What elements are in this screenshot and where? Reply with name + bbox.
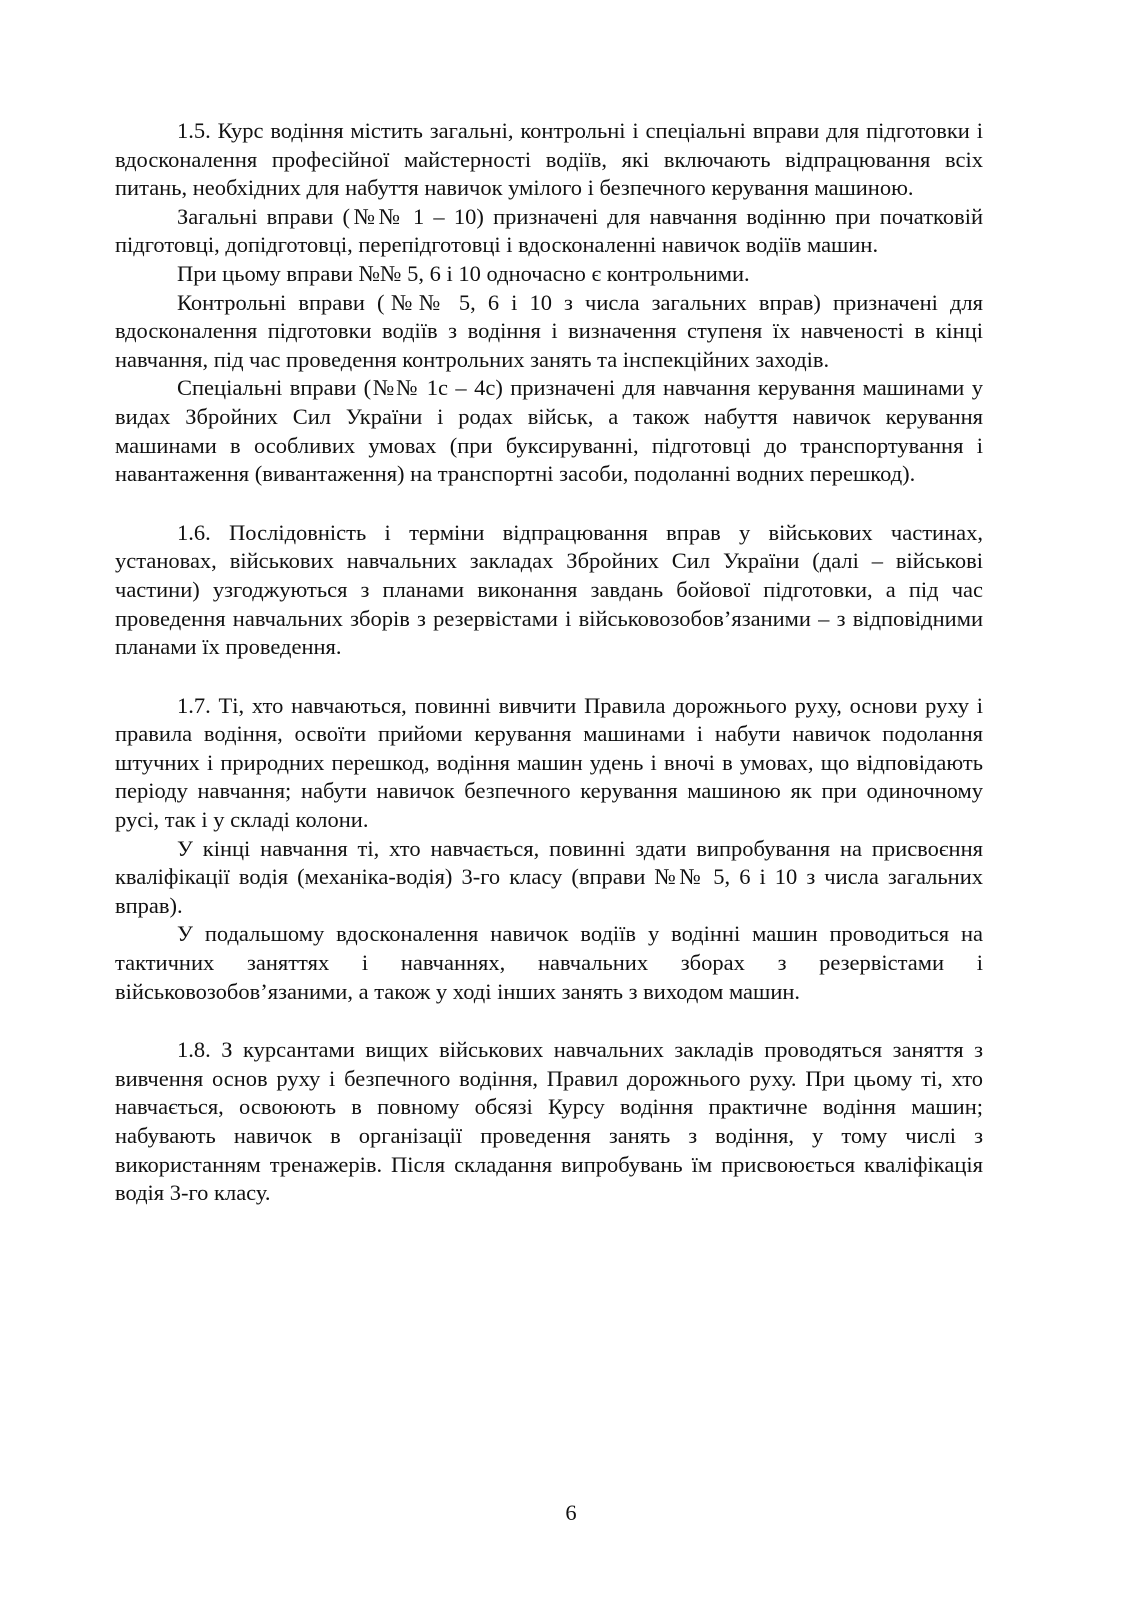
section-spacer (115, 489, 983, 519)
section-spacer (115, 662, 983, 692)
paragraph-control-note: При цьому вправи №№ 5, 6 і 10 одночасно … (115, 260, 983, 289)
section-1-5: 1.5. Курс водіння містить загальні, конт… (115, 117, 983, 489)
paragraph-1-8-cadets: 1.8. З курсантами вищих військових навча… (115, 1036, 983, 1208)
section-spacer (115, 1006, 983, 1036)
paragraph-further-improvement: У подальшому вдосконалення навичок водії… (115, 920, 983, 1006)
paragraph-control-exercises: Контрольні вправи (№№ 5, 6 і 10 з числа … (115, 289, 983, 375)
paragraph-1-5-course-content: 1.5. Курс водіння містить загальні, конт… (115, 117, 983, 203)
paragraph-final-test: У кінці навчання ті, хто навчається, пов… (115, 835, 983, 921)
section-1-7: 1.7. Ті, хто навчаються, повинні вивчити… (115, 692, 983, 1007)
section-1-6: 1.6. Послідовність і терміни відпрацюван… (115, 519, 983, 662)
paragraph-special-exercises: Спеціальні вправи (№№ 1с – 4с) призначен… (115, 374, 983, 488)
paragraph-1-7-trainees: 1.7. Ті, хто навчаються, повинні вивчити… (115, 692, 983, 835)
document-page: 1.5. Курс водіння містить загальні, конт… (115, 117, 983, 1208)
section-1-8: 1.8. З курсантами вищих військових навча… (115, 1036, 983, 1208)
page-number: 6 (0, 1500, 1142, 1526)
paragraph-general-exercises: Загальні вправи (№№ 1 – 10) призначені д… (115, 203, 983, 260)
paragraph-1-6-sequence: 1.6. Послідовність і терміни відпрацюван… (115, 519, 983, 662)
